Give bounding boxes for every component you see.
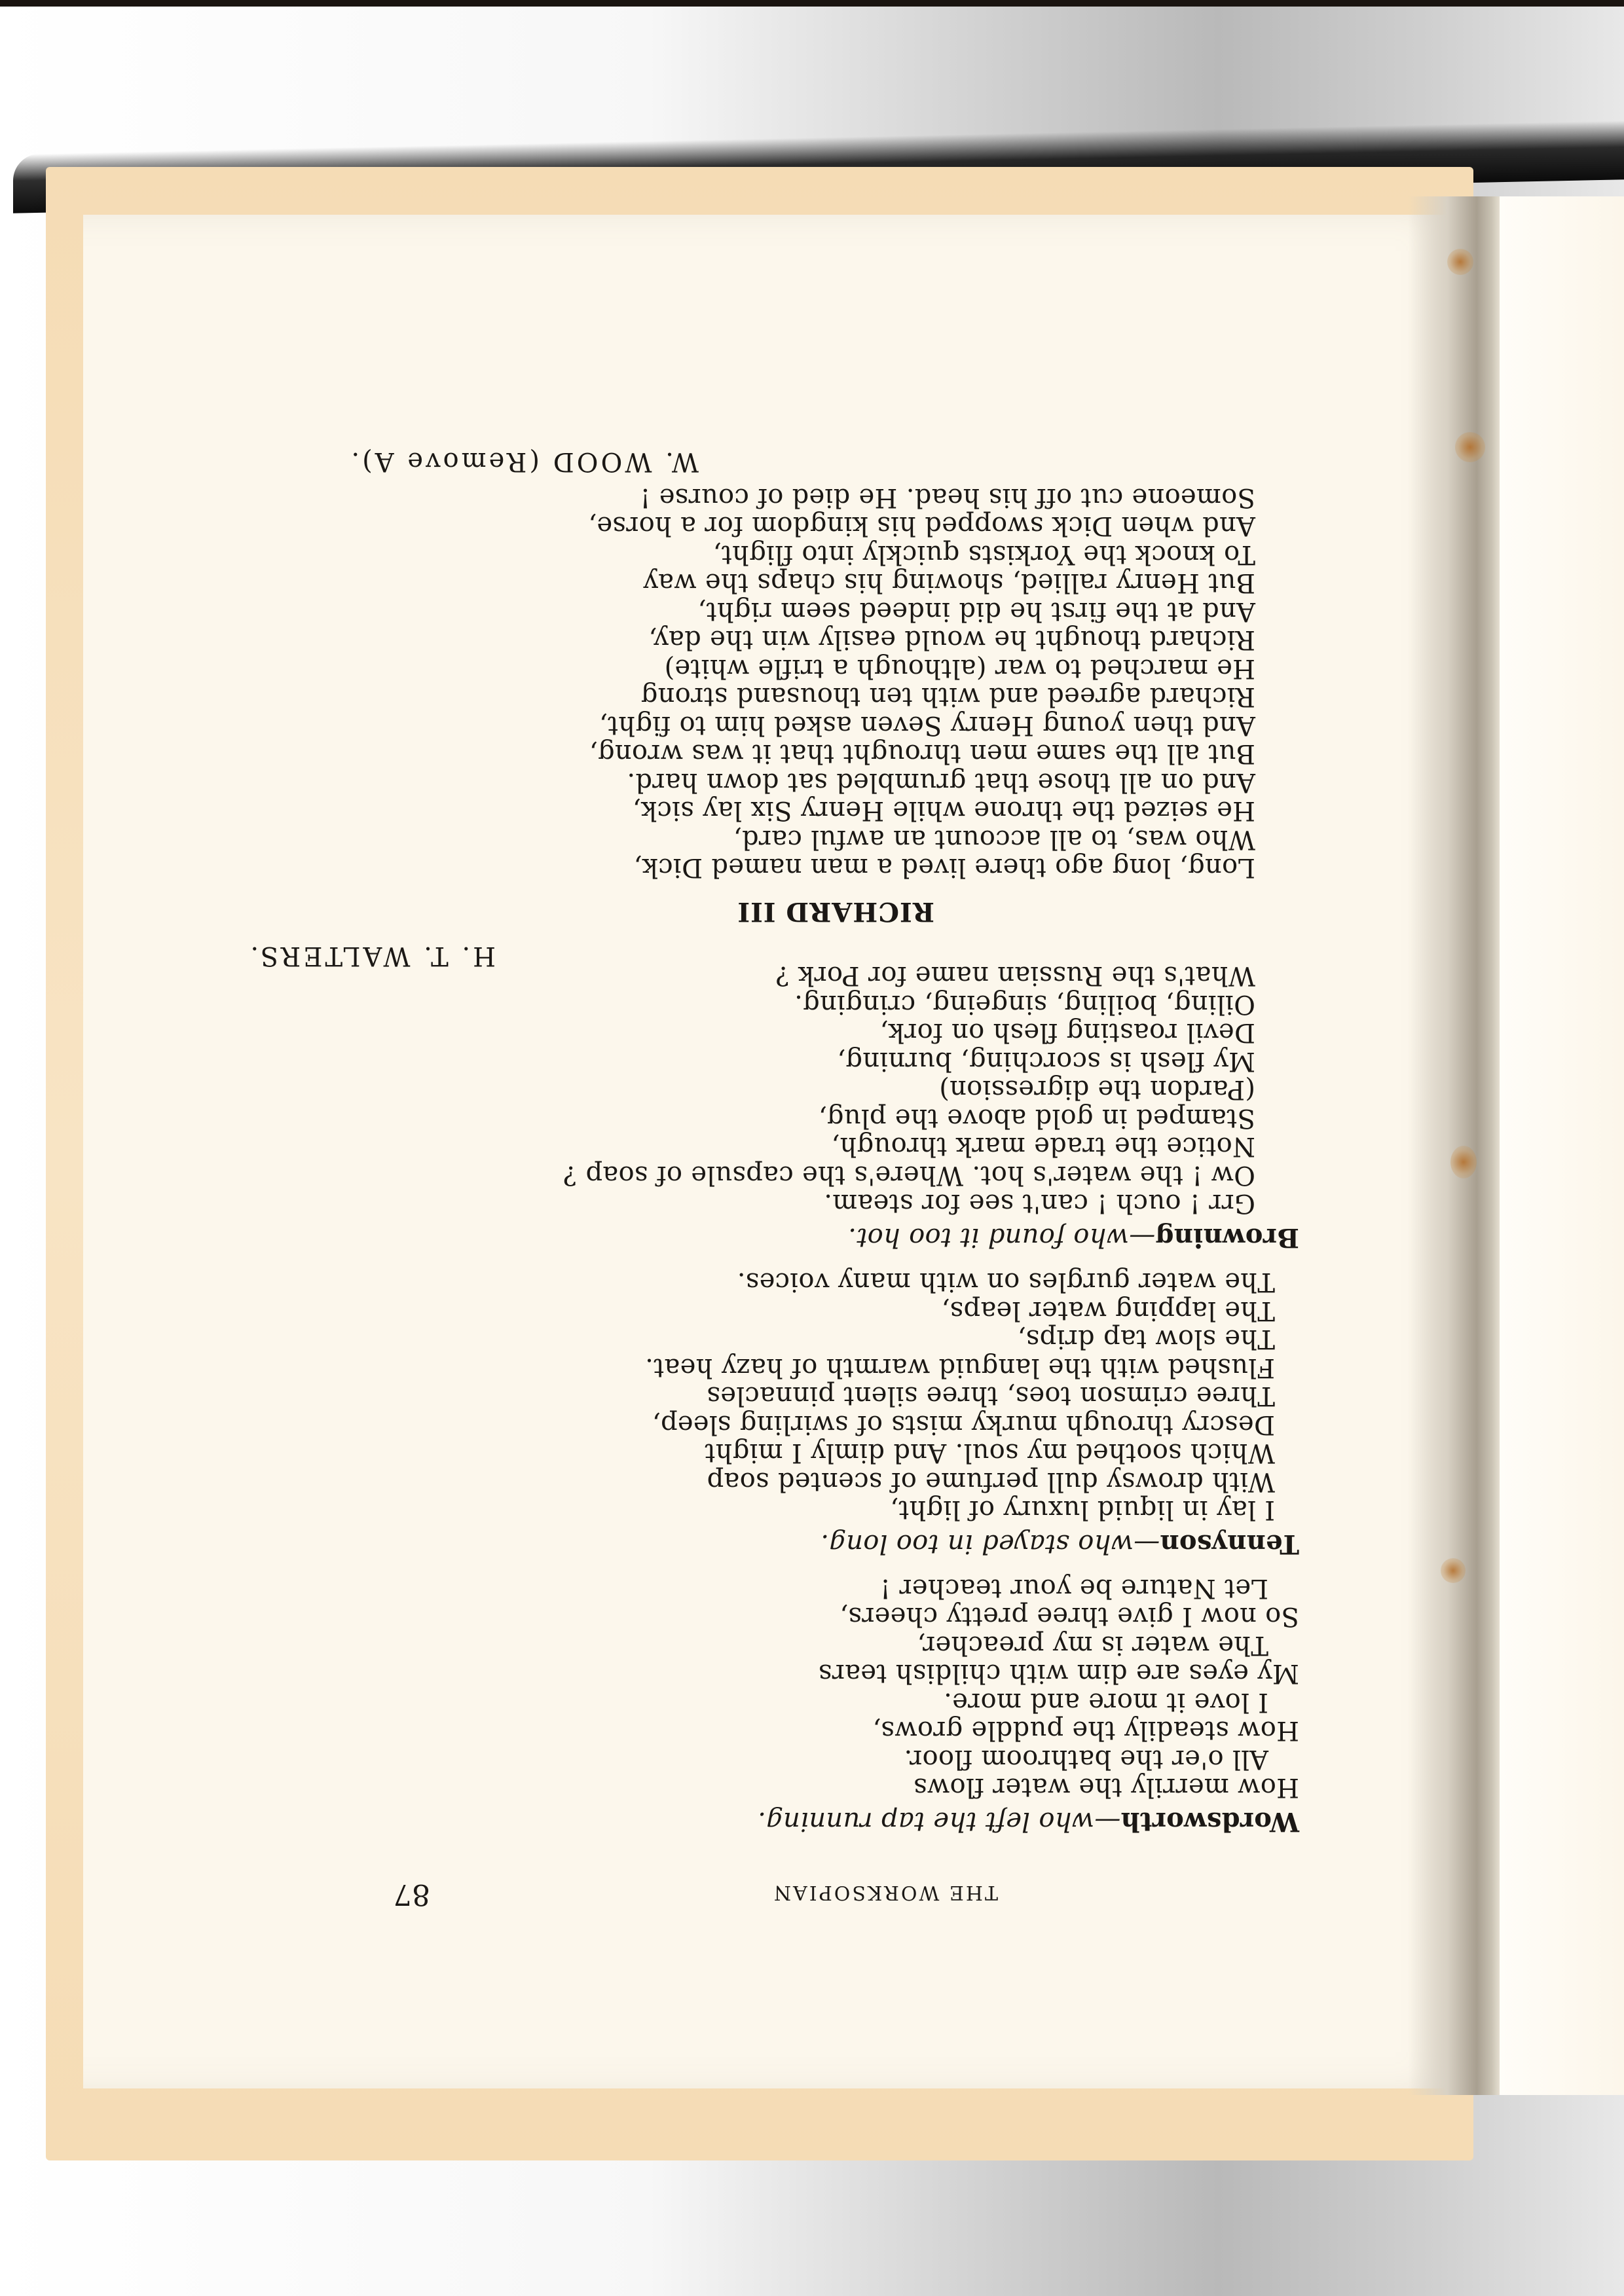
- verse-line: Stamped in gold above the plug,: [819, 1105, 1255, 1131]
- section-heading: Tennyson—who stayed in too long.: [821, 1531, 1299, 1557]
- verse-line: The water gurgles on with many voices.: [737, 1269, 1275, 1295]
- verse-line: He marched to war (although a trifle whi…: [664, 655, 1255, 682]
- verse-line: The slow tap drips,: [1018, 1326, 1276, 1352]
- verse-line: What's the Russian name for Pork ?: [775, 962, 1255, 989]
- verse-line: Oiling, boiling, singeing, cringing.: [794, 991, 1255, 1017]
- verse-line: Richard thought he would easily win the …: [648, 627, 1255, 653]
- author-signature: H. T. WALTERS.: [248, 943, 496, 969]
- verse-line: Flushed with the languid warmth of hazy …: [645, 1355, 1275, 1381]
- verse-line: And on all those that grumbled sat down …: [627, 769, 1255, 795]
- verse-line: Notice the trade mark through,: [831, 1133, 1255, 1159]
- verse-line: Richard agreed and with ten thousand str…: [640, 683, 1255, 710]
- verse-line: Three crimson toes, three silent pinnacl…: [707, 1383, 1275, 1409]
- verse-line: My eyes are dim with childish tears: [819, 1660, 1299, 1686]
- verse-line: Ow ! the water's hot. Where's the capsul…: [563, 1162, 1255, 1188]
- verse-line: To knock the Yorkists quickly into fligh…: [712, 541, 1255, 568]
- section-heading: Browning—who found it too hot.: [848, 1224, 1299, 1250]
- verse-line: But all the same men throught that it wa…: [589, 740, 1255, 767]
- verse-line: And when Dick swopped his kingdom for a …: [588, 513, 1255, 539]
- verse-line: And at the first he did indeed seem righ…: [697, 598, 1255, 625]
- verse-line: The lapping water leaps,: [941, 1298, 1275, 1324]
- verse-line: But Henry rallied, showing his chaps the…: [643, 570, 1255, 596]
- verse-line: Descry through murky mists of swirling s…: [652, 1412, 1275, 1438]
- verse-line: And then young Henry Seven asked him to …: [599, 712, 1255, 738]
- running-head: THE WORKSOPIAN: [772, 1882, 998, 1902]
- verse-line: I love it more and more.: [944, 1689, 1268, 1715]
- verse-line: Who was, to all account an awful card,: [733, 826, 1255, 852]
- verse-line: Which soothed my soul. And dimly I might: [705, 1440, 1275, 1466]
- verse-line: Devil roasting flesh on fork,: [879, 1019, 1255, 1046]
- author-signature: W. WOOD (Remove A).: [348, 448, 699, 475]
- verse-line: He seized the throne while Henry Six lay…: [633, 797, 1255, 824]
- verse-line: The water is my preacher,: [917, 1632, 1268, 1658]
- verse-line: How merrily the water flows: [913, 1774, 1299, 1800]
- page-number: 87: [393, 1880, 430, 1908]
- verse-line: Let Nature be your teacher !: [880, 1575, 1268, 1601]
- verse-line: My flesh is scorching, burning,: [837, 1048, 1255, 1074]
- verse-line: I lay in liquid luxury of light,: [890, 1497, 1275, 1523]
- verse-line: So now I give three pretty cheers,: [840, 1603, 1299, 1630]
- verse-line: All o'er the bathroom floor.: [904, 1746, 1268, 1772]
- verse-line: How steadily the puddle grows,: [872, 1717, 1299, 1743]
- verse-line: Long, long ago there lived a man named D…: [633, 854, 1255, 881]
- page-content: 87 THE WORKSOPIAN Wordsworth—who left th…: [83, 215, 1471, 2088]
- facing-page-edge: [1500, 196, 1624, 2095]
- verse-line: (Pardon the digression): [939, 1076, 1255, 1102]
- verse-line: With drowsy dull perfume of scented soap: [707, 1468, 1275, 1495]
- poem-title: RICHARD III: [737, 898, 934, 924]
- verse-line: Grr ! ouch ! can't see for steam.: [824, 1190, 1255, 1216]
- verse-line: Someone cut off his head. He died of cou…: [640, 484, 1255, 511]
- section-heading: Wordsworth—who left the tap running.: [758, 1808, 1299, 1834]
- scanner-edge: [0, 0, 1624, 7]
